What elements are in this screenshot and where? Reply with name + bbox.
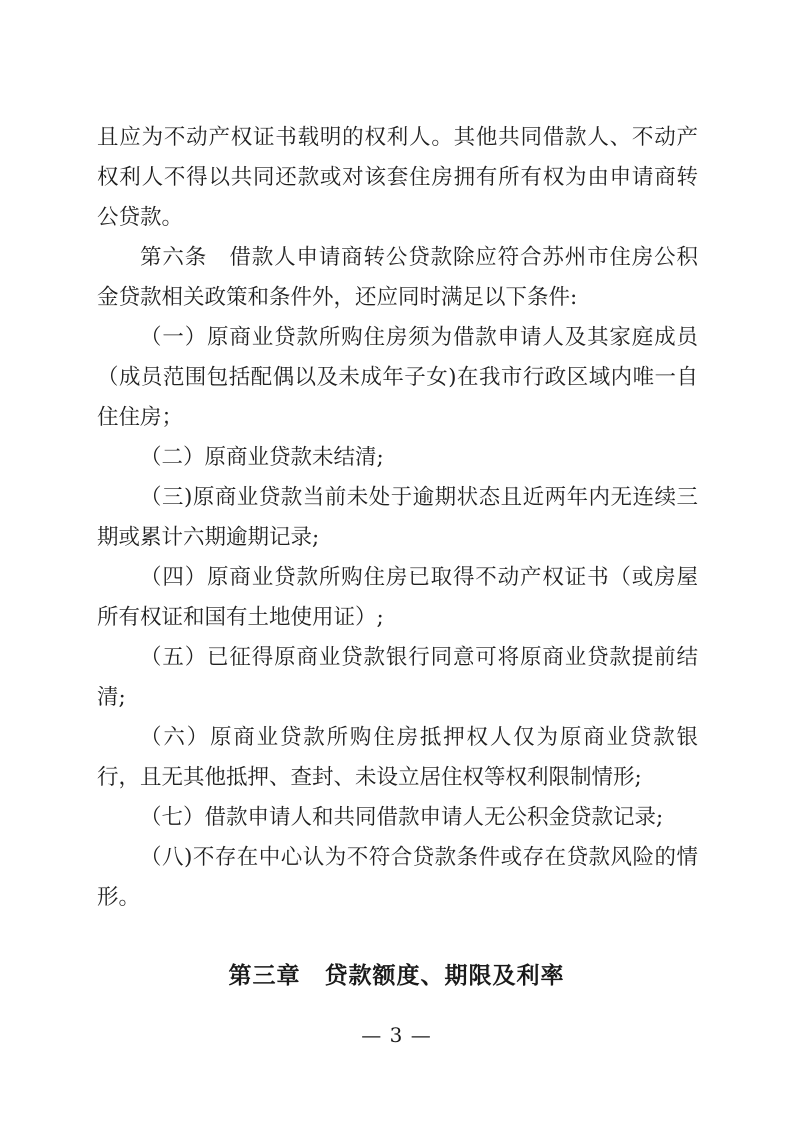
article-6-lead: 第六条 借款人申请商转公贷款除应符合苏州市住房公积金贷款相关政策和条件外，还应同…: [97, 238, 698, 318]
chapter-heading: 第三章 贷款额度、期限及利率: [0, 956, 793, 996]
page-number: — 3 —: [0, 1021, 793, 1049]
document-page: 且应为不动产权证书载明的权利人。其他共同借款人、不动产权利人不得以共同还款或对该…: [0, 0, 793, 1122]
condition-item-7: （七）借款申请人和共同借款申请人无公积金贷款记录;: [97, 798, 698, 838]
condition-item-6: （六）原商业贷款所购住房抵押权人仅为原商业贷款银行，且无其他抵押、查封、未设立居…: [97, 718, 698, 798]
condition-item-4: （四）原商业贷款所购住房已取得不动产权证书（或房屋所有权证和国有土地使用证）;: [97, 558, 698, 638]
condition-item-3: （三)原商业贷款当前未处于逾期状态且近两年内无连续三期或累计六期逾期记录;: [97, 478, 698, 558]
condition-item-2: （二）原商业贷款未结清;: [97, 438, 698, 478]
condition-item-8: （八)不存在中心认为不符合贷款条件或存在贷款风险的情形。: [97, 838, 698, 918]
condition-item-1: （一）原商业贷款所购住房须为借款申请人及其家庭成员（成员范围包括配偶以及未成年子…: [97, 318, 698, 438]
condition-item-5: （五）已征得原商业贷款银行同意可将原商业贷款提前结清;: [97, 638, 698, 718]
document-body: 且应为不动产权证书载明的权利人。其他共同借款人、不动产权利人不得以共同还款或对该…: [97, 118, 698, 918]
paragraph-continuation: 且应为不动产权证书载明的权利人。其他共同借款人、不动产权利人不得以共同还款或对该…: [97, 118, 698, 238]
